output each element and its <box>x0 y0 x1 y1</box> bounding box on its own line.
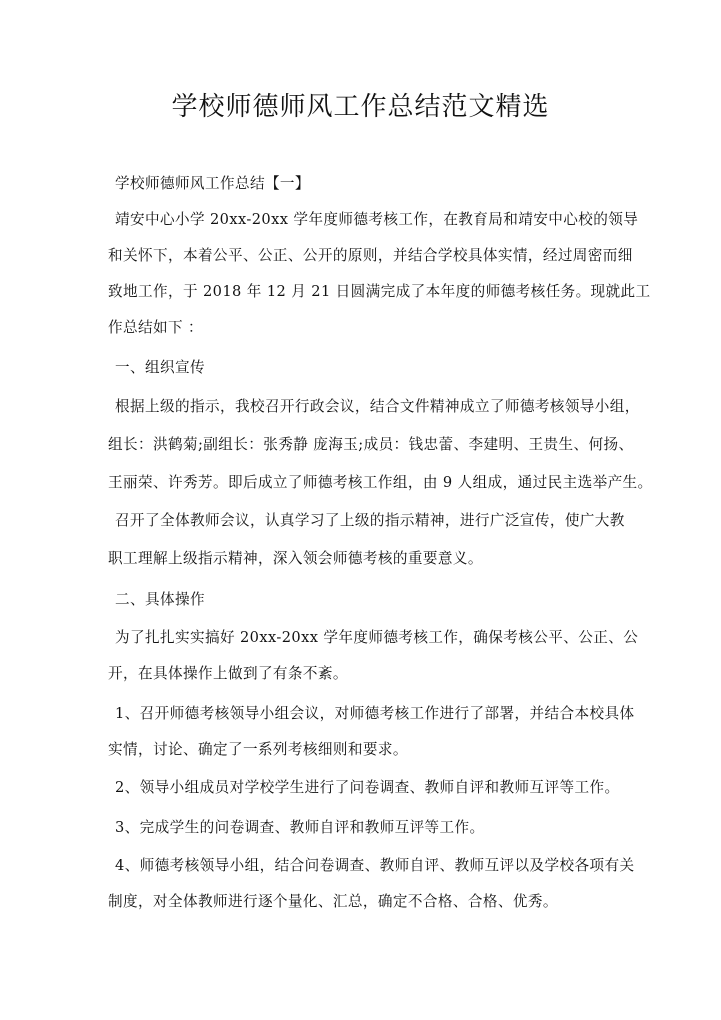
paragraph-line: 3、完成学生的问卷调查、教师自评和教师互评等工作。 <box>108 818 621 838</box>
paragraph-line: 靖安中心小学 20xx-20xx 学年度师德考核工作，在教育局和靖安中心校的领导 <box>108 210 621 230</box>
paragraph-line: 二、具体操作 <box>108 590 621 610</box>
paragraph-line: 根据上级的指示，我校召开行政会议，结合文件精神成立了师德考核领导小组， <box>108 397 621 417</box>
document-title: 学校师德师风工作总结范文精选 <box>0 86 721 123</box>
paragraph-line: 4、师德考核领导小组，结合问卷调查、教师自评、教师互评以及学校各项有关 <box>108 856 621 876</box>
paragraph-line: 为了扎扎实实搞好 20xx-20xx 学年度师德考核工作，确保考核公平、公正、公 <box>108 628 621 648</box>
paragraph-line: 致地工作，于 2018 年 12 月 21 日圆满完成了本年度的师德考核任务。现… <box>108 282 614 302</box>
paragraph-line: 和关怀下，本着公平、公正、公开的原则，并结合学校具体实情，经过周密而细 <box>108 246 614 266</box>
paragraph-line: 1、召开师德考核领导小组会议，对师德考核工作进行了部署，并结合本校具体 <box>108 704 621 724</box>
paragraph-line: 召开了全体教师会议，认真学习了上级的指示精神，进行广泛宣传，使广大教 <box>108 511 621 531</box>
paragraph-line: 开，在具体操作上做到了有条不紊。 <box>108 664 614 684</box>
paragraph-line: 学校师德师风工作总结【一】 <box>108 174 621 194</box>
paragraph-line: 一、组织宣传 <box>108 358 621 378</box>
paragraph-line: 王丽荣、许秀芳。即后成立了师德考核工作组，由 9 人组成，通过民主选举产生。 <box>108 473 614 493</box>
paragraph-line: 作总结如下 ： <box>108 318 614 338</box>
paragraph-line: 2、领导小组成员对学校学生进行了问卷调查、教师自评和教师互评等工作。 <box>108 778 621 798</box>
paragraph-line: 制度，对全体教师进行逐个量化、汇总，确定不合格、合格、优秀。 <box>108 892 614 912</box>
paragraph-line: 实情，讨论、确定了一系列考核细则和要求。 <box>108 740 614 760</box>
paragraph-line: 职工理解上级指示精神，深入领会师德考核的重要意义。 <box>108 549 614 569</box>
paragraph-line: 组长：洪鹤菊;副组长：张秀静 庞海玉;成员：钱忠蕾、李建明、王贵生、何扬、 <box>108 435 614 455</box>
